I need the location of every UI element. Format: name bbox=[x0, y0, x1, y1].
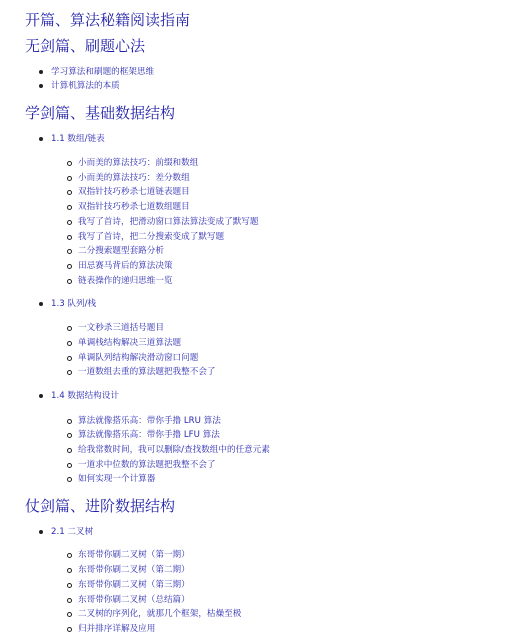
list-item[interactable]: 如何实现一个计算器 bbox=[78, 473, 155, 485]
list-item[interactable]: 东哥带你刷二叉树（总结篇） bbox=[78, 594, 190, 606]
section-heading[interactable]: 学剑篇、基础数据结构 bbox=[25, 103, 175, 123]
list-item[interactable]: 二叉树的序列化，就那几个框架，枯燥至极 bbox=[78, 608, 241, 620]
list-item[interactable]: 东哥带你刷二叉树（第二期） bbox=[78, 564, 190, 576]
list-item[interactable]: 计算机算法的本质 bbox=[51, 80, 120, 92]
list-item[interactable]: 田忌赛马背后的算法决策 bbox=[78, 260, 173, 272]
group-item[interactable]: 1.3 队列/栈 bbox=[51, 298, 96, 310]
list-item[interactable]: 双指针技巧秒杀七道数组题目 bbox=[78, 201, 190, 213]
list-item[interactable]: 东哥带你刷二叉树（第一期） bbox=[78, 549, 190, 561]
list-item[interactable]: 学习算法和刷题的框架思维 bbox=[51, 66, 154, 78]
list-item[interactable]: 小而美的算法技巧：差分数组 bbox=[78, 172, 190, 184]
list-item[interactable]: 二分搜索题型套路分析 bbox=[78, 245, 164, 257]
section-heading[interactable]: 开篇、算法秘籍阅读指南 bbox=[25, 10, 190, 30]
list-item[interactable]: 算法就像搭乐高：带你手撸 LFU 算法 bbox=[78, 429, 220, 441]
section-heading[interactable]: 无剑篇、刷题心法 bbox=[25, 36, 145, 56]
list-item[interactable]: 我写了首诗，把二分搜索变成了默写题 bbox=[78, 231, 224, 243]
list-item[interactable]: 单调队列结构解决滑动窗口问题 bbox=[78, 352, 198, 364]
list-item[interactable]: 算法就像搭乐高：带你手撸 LRU 算法 bbox=[78, 415, 221, 427]
section-heading[interactable]: 仗剑篇、进阶数据结构 bbox=[25, 496, 175, 516]
list-item[interactable]: 一道求中位数的算法题把我整不会了 bbox=[78, 459, 216, 471]
list-item[interactable]: 东哥带你刷二叉树（第三期） bbox=[78, 579, 190, 591]
list-item[interactable]: 一道数组去重的算法题把我整不会了 bbox=[78, 366, 216, 378]
list-item[interactable]: 给我常数时间，我可以删除/查找数组中的任意元素 bbox=[78, 444, 270, 456]
list-item[interactable]: 双指针技巧秒杀七道链表题目 bbox=[78, 186, 190, 198]
group-item[interactable]: 1.1 数组/链表 bbox=[51, 133, 105, 145]
group-item[interactable]: 1.4 数据结构设计 bbox=[51, 390, 119, 402]
list-item[interactable]: 链表操作的递归思维一览 bbox=[78, 275, 173, 287]
list-item[interactable]: 小而美的算法技巧：前缀和数组 bbox=[78, 157, 198, 169]
group-item[interactable]: 2.1 二叉树 bbox=[51, 526, 93, 538]
list-item[interactable]: 归并排序详解及应用 bbox=[78, 623, 155, 635]
list-item[interactable]: 单调栈结构解决三道算法题 bbox=[78, 337, 181, 349]
list-item[interactable]: 一文秒杀三道括号题目 bbox=[78, 322, 164, 334]
list-item[interactable]: 我写了首诗，把滑动窗口算法算法变成了默写题 bbox=[78, 216, 258, 228]
